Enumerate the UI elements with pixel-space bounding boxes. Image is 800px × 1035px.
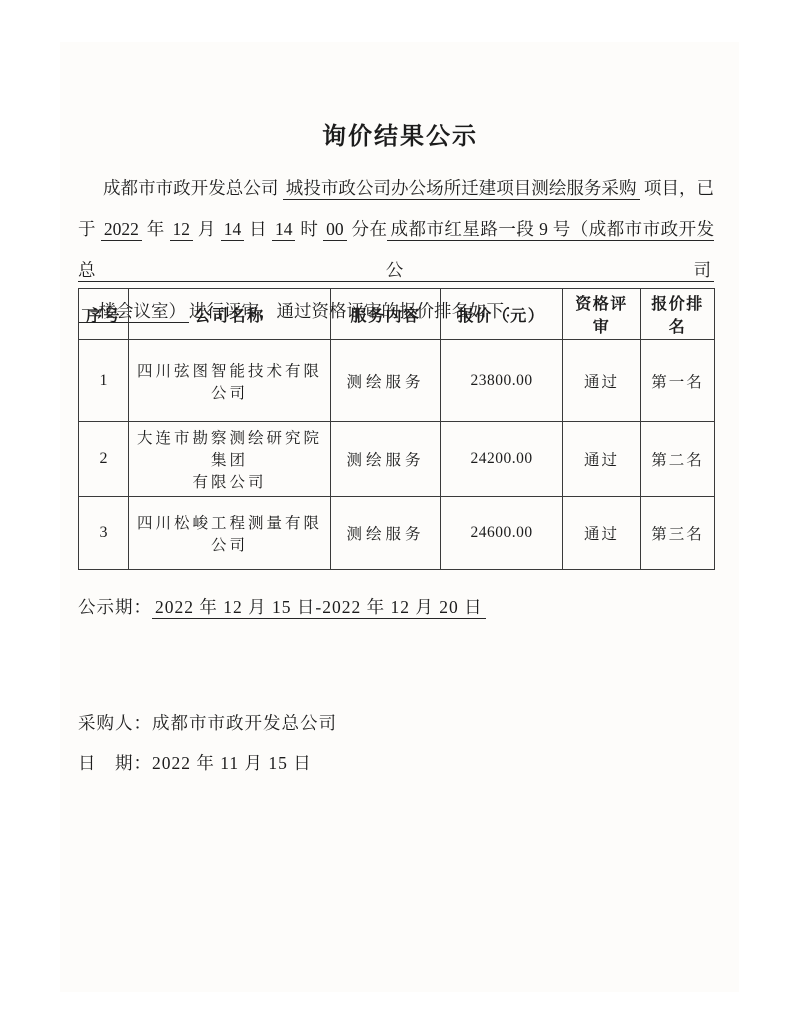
col-header-price: 报价（元） bbox=[441, 289, 563, 340]
purchaser-label: 采购人： bbox=[78, 713, 152, 733]
intro-hour-underlined: 14 bbox=[272, 219, 296, 241]
col-header-service: 服务内容 bbox=[331, 289, 441, 340]
cell-rank: 第二名 bbox=[641, 422, 715, 497]
table-row: 3 四川松峻工程测量有限公司 测绘服务 24600.00 通过 第三名 bbox=[79, 497, 715, 570]
intro-project-name-underlined: 城投市政公司办公场所迁建项目测绘服务采购 bbox=[283, 178, 640, 200]
intro-minute-underlined: 00 bbox=[323, 219, 347, 241]
intro-text: 于 bbox=[78, 219, 96, 239]
cell-qualification: 通过 bbox=[563, 497, 641, 570]
intro-line1-tail: 项目，已 bbox=[644, 178, 714, 198]
publicity-period-label: 公示期： bbox=[78, 597, 152, 617]
publicity-period-line: 公示期：2022 年 12 月 15 日-2022 年 12 月 20 日 bbox=[78, 594, 486, 619]
issue-date-label: 日 期： bbox=[78, 753, 152, 773]
issue-date-line: 日 期：2022 年 11 月 15 日 bbox=[78, 750, 312, 775]
intro-text: 年 bbox=[147, 219, 165, 239]
cell-index: 3 bbox=[79, 497, 129, 570]
intro-line-1: 成都市市政开发总公司 城投市政公司办公场所迁建项目测绘服务采购 项目，已 bbox=[78, 168, 714, 209]
cell-company: 四川松峻工程测量有限公司 bbox=[129, 497, 331, 570]
intro-year-underlined: 2022 bbox=[101, 219, 142, 241]
col-header-rank: 报价排名 bbox=[641, 289, 715, 340]
col-header-company: 公司名称 bbox=[129, 289, 331, 340]
cell-index: 1 bbox=[79, 340, 129, 422]
cell-service: 测绘服务 bbox=[331, 422, 441, 497]
col-header-index: 序号 bbox=[79, 289, 129, 340]
cell-price: 24200.00 bbox=[441, 422, 563, 497]
col-header-qualification: 资格评审 bbox=[563, 289, 641, 340]
purchaser-value: 成都市市政开发总公司 bbox=[152, 713, 337, 733]
intro-line-2: 于 2022 年 12 月 14 日 14 时 00 分在成都市红星路一段 9 … bbox=[78, 209, 714, 291]
table-row: 2 大连市勘察测绘研究院集团 有限公司 测绘服务 24200.00 通过 第二名 bbox=[79, 422, 715, 497]
cell-company: 四川弦图智能技术有限公司 bbox=[129, 340, 331, 422]
page-title: 询价结果公示 bbox=[0, 116, 800, 151]
cell-index: 2 bbox=[79, 422, 129, 497]
intro-purchaser-name: 成都市市政开发总公司 bbox=[103, 178, 278, 198]
purchaser-line: 采购人：成都市市政开发总公司 bbox=[78, 710, 337, 735]
intro-text: 分在 bbox=[352, 219, 388, 239]
intro-text: 月 bbox=[198, 219, 216, 239]
cell-rank: 第一名 bbox=[641, 340, 715, 422]
intro-month-underlined: 12 bbox=[170, 219, 194, 241]
table-header-row: 序号 公司名称 服务内容 报价（元） 资格评审 报价排名 bbox=[79, 289, 715, 340]
cell-price: 24600.00 bbox=[441, 497, 563, 570]
cell-qualification: 通过 bbox=[563, 340, 641, 422]
cell-rank: 第三名 bbox=[641, 497, 715, 570]
cell-qualification: 通过 bbox=[563, 422, 641, 497]
results-table: 序号 公司名称 服务内容 报价（元） 资格评审 报价排名 1 四川弦图智能技术有… bbox=[78, 288, 715, 570]
intro-day-underlined: 14 bbox=[221, 219, 245, 241]
cell-service: 测绘服务 bbox=[331, 497, 441, 570]
publicity-period-value-underlined: 2022 年 12 月 15 日-2022 年 12 月 20 日 bbox=[152, 597, 486, 619]
issue-date-value: 2022 年 11 月 15 日 bbox=[152, 753, 312, 773]
table-row: 1 四川弦图智能技术有限公司 测绘服务 23800.00 通过 第一名 bbox=[79, 340, 715, 422]
cell-service: 测绘服务 bbox=[331, 340, 441, 422]
cell-price: 23800.00 bbox=[441, 340, 563, 422]
cell-company: 大连市勘察测绘研究院集团 有限公司 bbox=[129, 422, 331, 497]
intro-text: 日 bbox=[249, 219, 267, 239]
intro-text: 时 bbox=[300, 219, 318, 239]
